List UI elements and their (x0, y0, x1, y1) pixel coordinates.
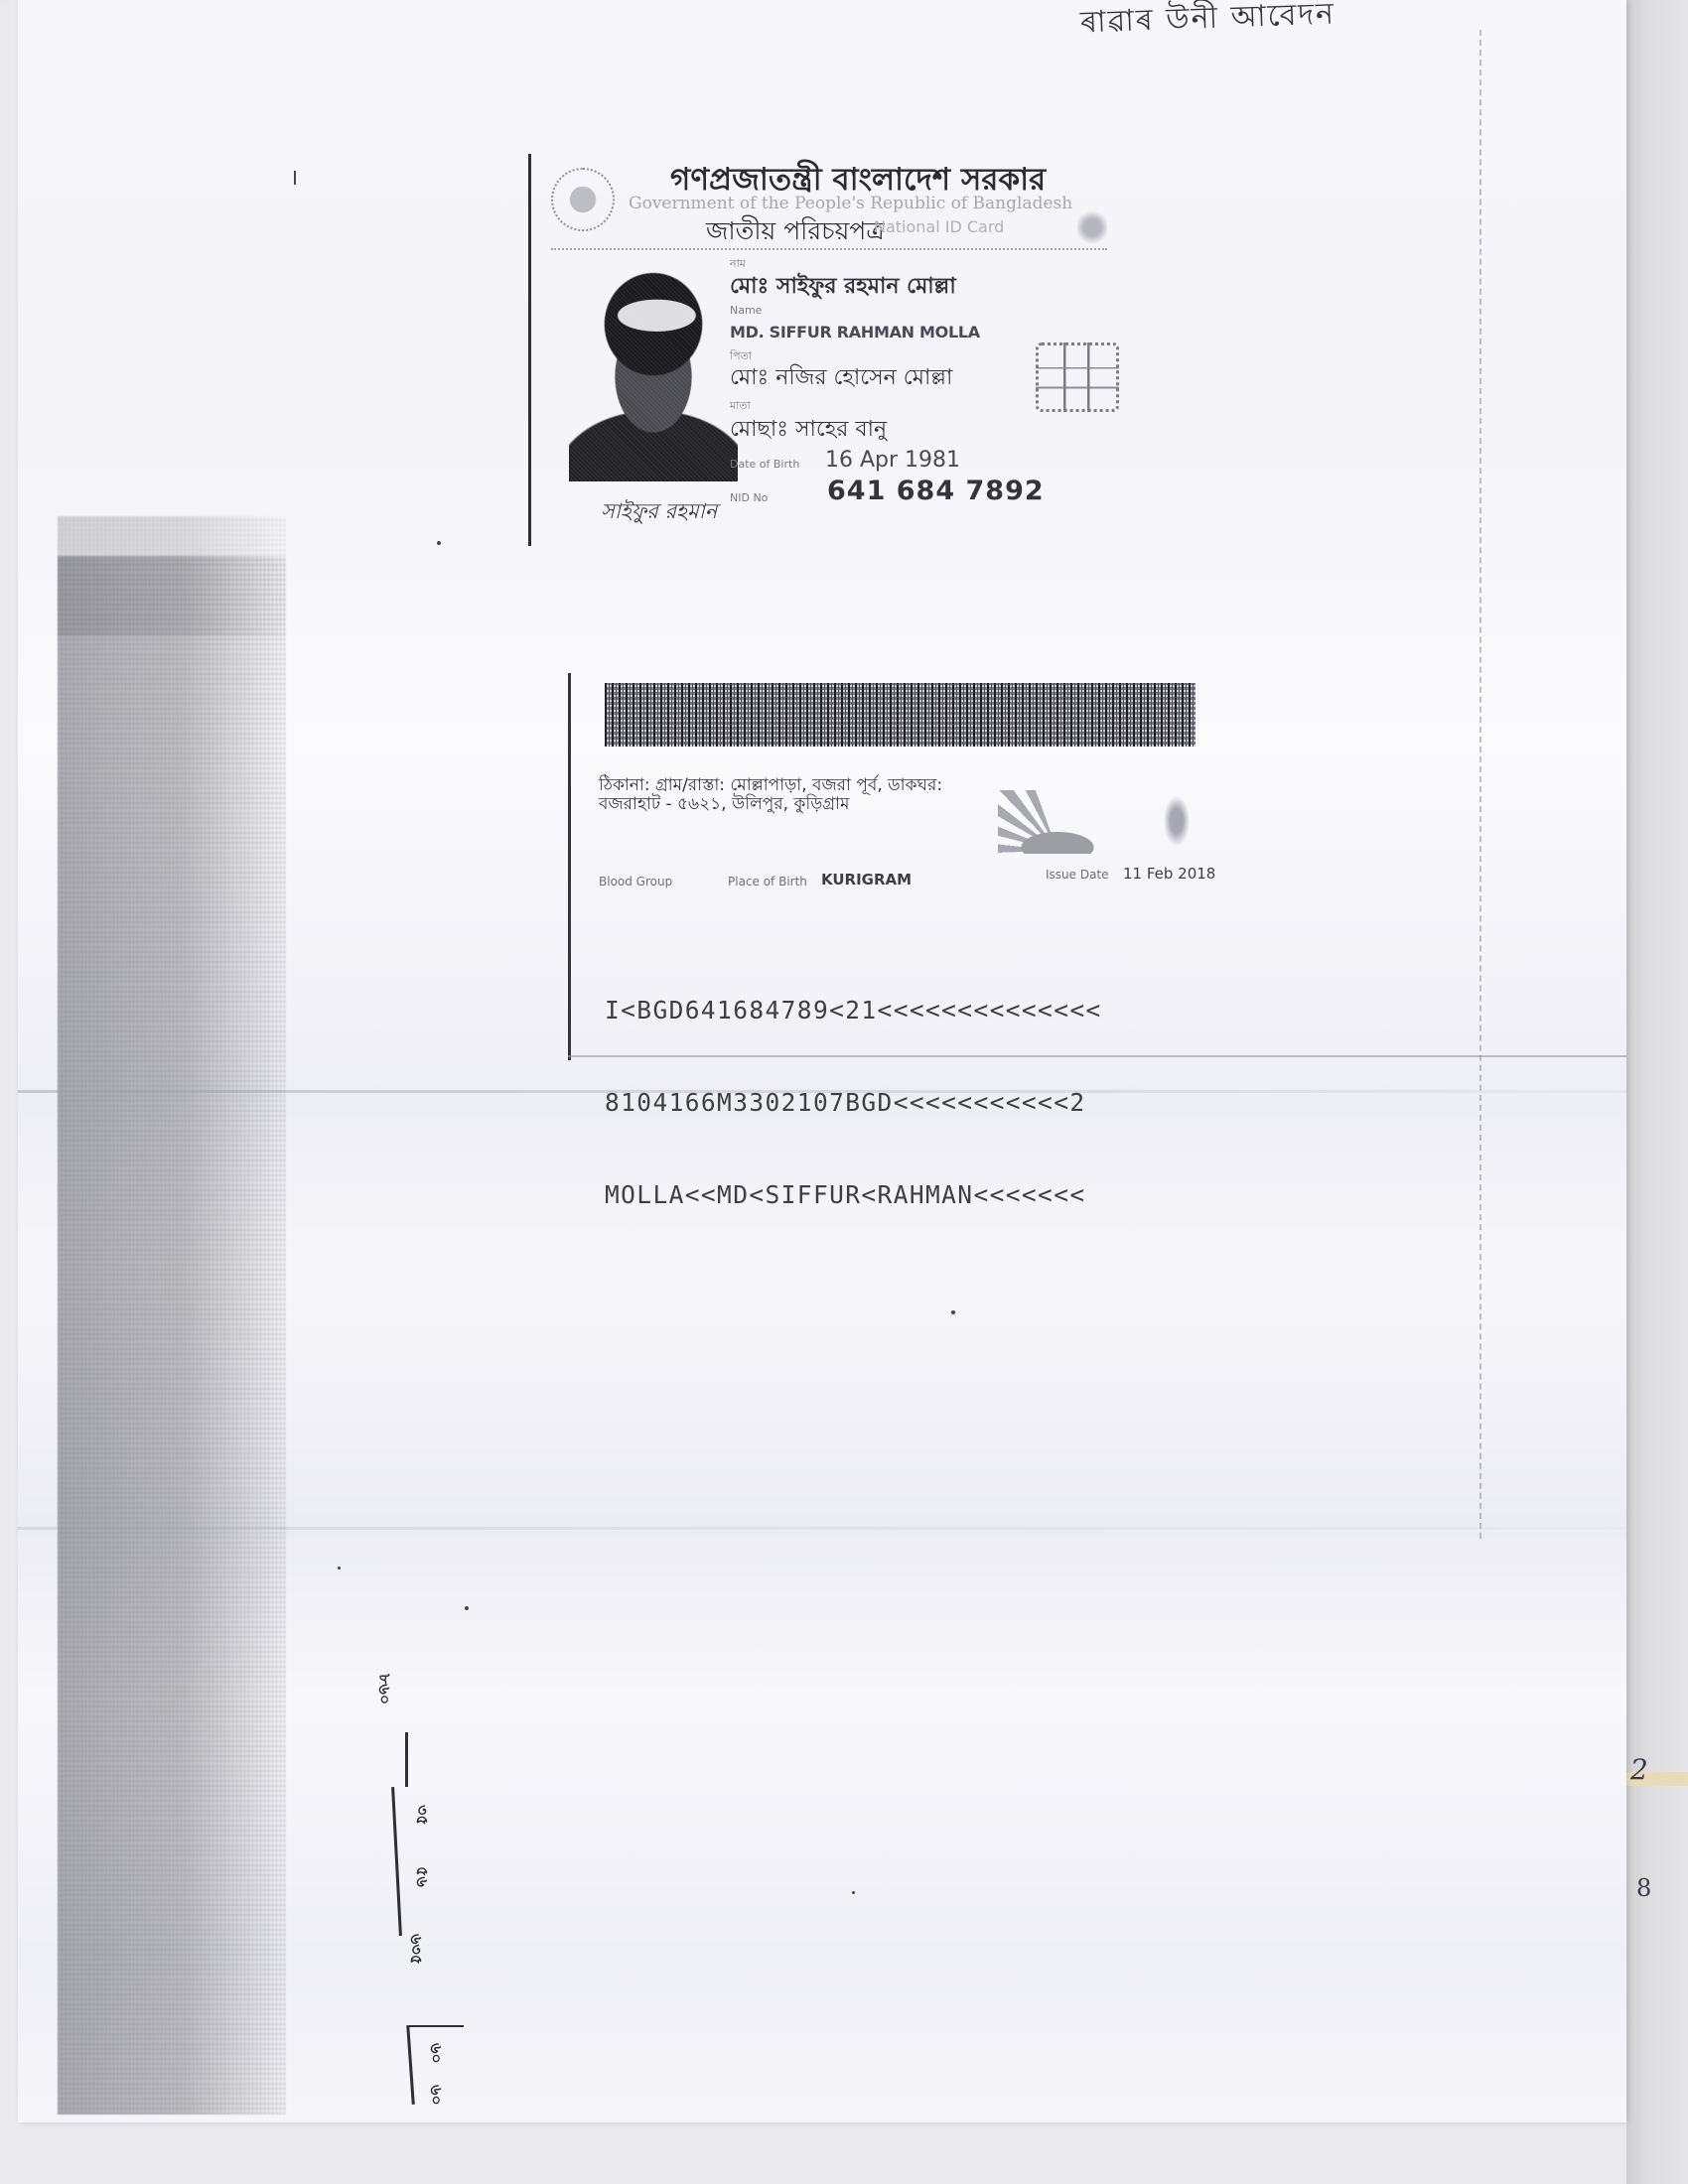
scan-speck (294, 171, 296, 185)
scan-speck (338, 1567, 341, 1570)
margin-note-top: 2 (1630, 1753, 1648, 1786)
holder-signature: সাইফুর রহমান (601, 495, 717, 530)
scan-speck (437, 541, 441, 545)
pdf417-barcode (605, 683, 1196, 747)
toner-smear (58, 556, 286, 2115)
card-back-edge (568, 1055, 1626, 1057)
water-lily-emblem-icon (998, 790, 1117, 854)
header-government-en: Government of the People's Republic of B… (629, 194, 1072, 213)
name-label-en: Name (730, 304, 762, 317)
fragment-text: ৮৬০ (370, 1674, 397, 1705)
header-divider (551, 248, 1107, 250)
fragment-text: ৬০ (422, 2085, 449, 2106)
address-line-2: বজরাহাট - ৫৬২১, উলিপুর, কুড়িগ্রাম (599, 795, 942, 814)
mother-name: মোছাঃ সাহের বানু (730, 412, 887, 449)
id-card-back: ঠিকানা: গ্রাম/রাস্তা: মোল্লাপাড়া, বজরা … (568, 673, 1231, 1060)
table-rule (409, 2025, 464, 2027)
mrz-line-2: 8104166M3302107BGD<<<<<<<<<<<2 (605, 1087, 1102, 1118)
scan-speck (951, 1310, 955, 1314)
dashed-cut-line (1479, 30, 1481, 1539)
holder-photo (569, 263, 738, 481)
fragment-text: ৬৩৫ (402, 1934, 429, 1965)
top-handwriting: ৰাৱাৰ উনী আবেদন (1079, 0, 1336, 49)
fragment-text: ৩৫ (408, 1805, 435, 1826)
nid-number: 641 684 7892 (827, 476, 1045, 506)
address: ঠিকানা: গ্রাম/রাস্তা: মোল্লাপাড়া, বজরা … (599, 776, 942, 814)
scan-speck (465, 1606, 469, 1610)
father-name: মোঃ নজির হোসেন মোল্লা (730, 360, 952, 397)
dob-value: 16 Apr 1981 (825, 448, 960, 473)
issuer-seal-icon (1162, 792, 1192, 850)
issue-date-label: Issue Date (1046, 868, 1109, 882)
issue-date-value: 11 Feb 2018 (1123, 865, 1215, 883)
hologram-icon (1077, 204, 1107, 251)
nid-label: NID No (730, 491, 768, 504)
mrz-line-3: MOLLA<<MD<SIFFUR<RAHMAN<<<<<<< (605, 1179, 1102, 1210)
government-emblem-icon (551, 168, 615, 231)
scanner-background-strip: 2 8 (1626, 0, 1688, 2184)
name-en: MD. SIFFUR RAHMAN MOLLA (730, 323, 980, 341)
dob-label: Date of Birth (730, 458, 799, 471)
smart-chip-icon (1036, 342, 1119, 412)
table-rule (405, 1732, 408, 1787)
table-rule (391, 1787, 402, 1936)
blood-group-label: Blood Group (599, 875, 672, 888)
machine-readable-zone: I<BGD641684789<21<<<<<<<<<<<<<< 8104166M… (605, 933, 1102, 1272)
mrz-line-1: I<BGD641684789<21<<<<<<<<<<<<<< (605, 995, 1102, 1025)
card-title-en: National ID Card (874, 217, 1004, 236)
table-rule (406, 2025, 415, 2105)
place-of-birth-label: Place of Birth (728, 875, 807, 888)
address-line-1: ঠিকানা: গ্রাম/রাস্তা: মোল্লাপাড়া, বজরা … (599, 776, 942, 795)
place-of-birth-value: KURIGRAM (821, 871, 912, 888)
paper-fold (18, 1527, 1626, 1530)
partial-underlying-document: ৮৬০ ৩৫ ৫৬ ৬৩৫ ৬০ ৬০ (328, 1628, 457, 2105)
margin-note-bottom: 8 (1636, 1874, 1651, 1902)
id-card-front: গণপ্রজাতন্ত্রী বাংলাদেশ সরকার Government… (528, 154, 1137, 546)
fragment-text: ৬০ (422, 2043, 449, 2064)
scan-speck (852, 1891, 855, 1894)
fragment-text: ৫৬ (408, 1866, 435, 1887)
name-bn: মোঃ সাইফুর রহমান মোল্লা (730, 269, 956, 306)
